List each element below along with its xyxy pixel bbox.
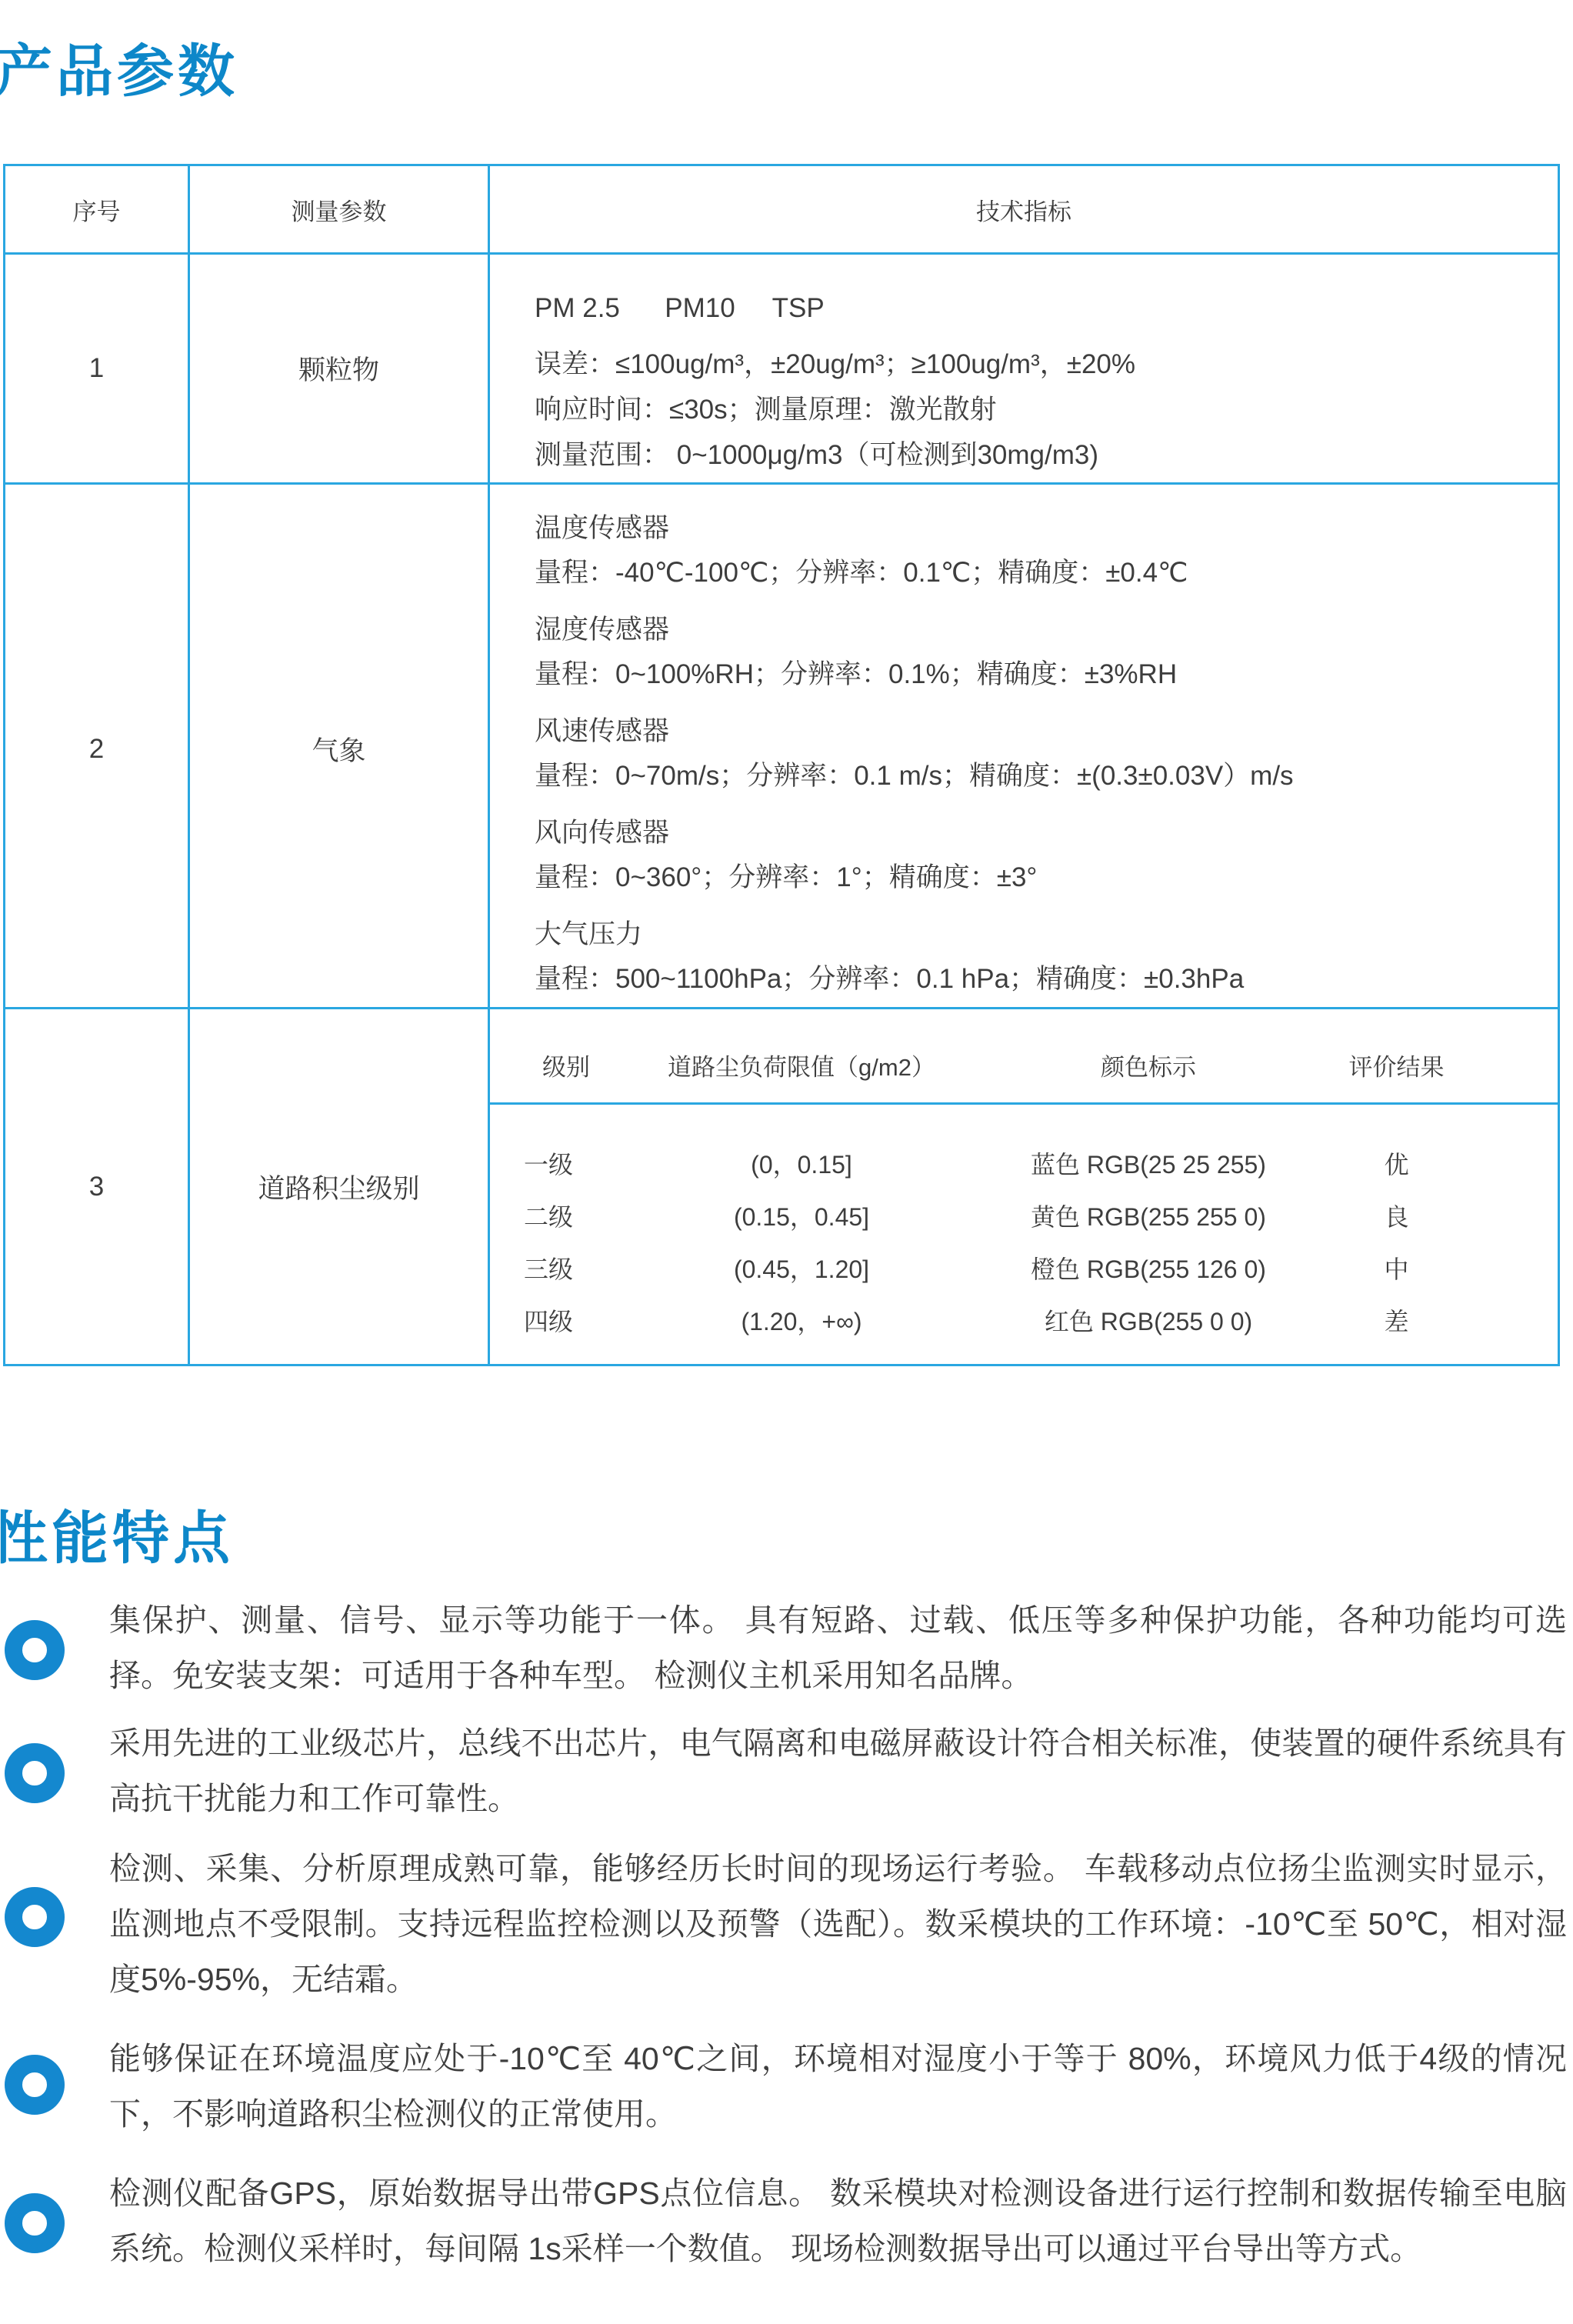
bullet-ring-icon (5, 1743, 65, 1803)
sub-header-result: 评价结果 (1302, 1048, 1491, 1082)
table-row-road-dust: 3 道路积尘级别 级别 道路尘负荷限值（g/m2） 颜色标示 评价结果 一级 (… (5, 1009, 1558, 1364)
subtable-row-level1: 一级 (0，0.15] 蓝色 RGB(25 25 255) 优 (490, 1137, 1558, 1189)
row1-param: 颗粒物 (190, 255, 490, 482)
feature-item-1: 集保护、测量、信号、显示等功能于一体。 具有短路、过载、低压等多种保护功能，各种… (109, 1592, 1567, 1703)
pm-response: 响应时间：≤30s；测量原理：激光散射 (535, 387, 1558, 432)
range-cell: (0.15，0.45] (608, 1198, 995, 1233)
result-cell: 中 (1302, 1250, 1491, 1285)
sensor-name: 湿度传感器 (535, 608, 1558, 652)
color-cell: 橙色 RGB(255 126 0) (995, 1250, 1302, 1285)
header-param: 测量参数 (190, 166, 490, 252)
row3-param: 道路积尘级别 (190, 1009, 490, 1364)
result-cell: 差 (1302, 1302, 1491, 1338)
bullet-ring-icon (5, 1620, 65, 1680)
header-tech-spec: 技术指标 (490, 166, 1558, 252)
result-cell: 优 (1302, 1145, 1491, 1181)
row1-no: 1 (5, 255, 190, 482)
sensor-pressure: 大气压力 量程：500~1100hPa；分辨率：0.1 hPa；精确度：±0.3… (535, 912, 1558, 1002)
sensor-temperature: 温度传感器 量程：-40℃-100℃；分辨率：0.1℃；精确度：±0.4℃ (535, 506, 1558, 595)
row2-spec: 温度传感器 量程：-40℃-100℃；分辨率：0.1℃；精确度：±0.4℃ 湿度… (490, 485, 1558, 1014)
subtable-header: 级别 道路尘负荷限值（g/m2） 颜色标示 评价结果 (490, 1027, 1558, 1105)
result-cell: 良 (1302, 1198, 1491, 1233)
row3-subtable: 级别 道路尘负荷限值（g/m2） 颜色标示 评价结果 一级 (0，0.15] 蓝… (490, 1009, 1558, 1364)
table-header-row: 序号 测量参数 技术指标 (5, 166, 1558, 255)
section-title-product-params: 产品参数 (0, 43, 238, 100)
level-cell: 三级 (524, 1250, 608, 1285)
sub-header-limit: 道路尘负荷限值（g/m2） (608, 1048, 995, 1082)
table-row-meteorology: 2 气象 温度传感器 量程：-40℃-100℃；分辨率：0.1℃；精确度：±0.… (5, 485, 1558, 1009)
feature-item-5: 检测仪配备GPS，原始数据导出带GPS点位信息。 数采模块对检测设备进行运行控制… (109, 2166, 1567, 2276)
range-cell: (0.45，1.20] (608, 1250, 995, 1285)
sensor-spec: 量程：0~100%RH；分辨率：0.1%；精确度：±3%RH (535, 652, 1558, 697)
row3-no: 3 (5, 1009, 190, 1364)
header-no: 序号 (5, 166, 190, 252)
sensor-name: 风向传感器 (535, 811, 1558, 855)
row1-spec: PM 2.5 PM10 TSP 误差：≤100ug/m³，±20ug/m³；≥1… (490, 255, 1558, 482)
level-cell: 四级 (524, 1302, 608, 1338)
subtable-row-level3: 三级 (0.45，1.20] 橙色 RGB(255 126 0) 中 (490, 1242, 1558, 1294)
sensor-name: 风速传感器 (535, 709, 1558, 754)
color-cell: 红色 RGB(255 0 0) (995, 1302, 1302, 1338)
sensor-name: 温度传感器 (535, 506, 1558, 551)
sensor-spec: 量程：500~1100hPa；分辨率：0.1 hPa；精确度：±0.3hPa (535, 957, 1558, 1002)
product-spec-table: 序号 测量参数 技术指标 1 颗粒物 PM 2.5 PM10 TSP 误差：≤1… (3, 164, 1560, 1366)
sub-header-level: 级别 (524, 1048, 608, 1082)
row2-param: 气象 (190, 485, 490, 1014)
sub-header-color: 颜色标示 (995, 1048, 1302, 1082)
row2-no: 2 (5, 485, 190, 1014)
subtable-row-level4: 四级 (1.20，+∞) 红色 RGB(255 0 0) 差 (490, 1294, 1558, 1346)
section-title-features: 性能特点 (0, 1510, 234, 1567)
level-cell: 一级 (524, 1145, 608, 1181)
sensor-name: 大气压力 (535, 912, 1558, 957)
sensor-wind-direction: 风向传感器 量程：0~360°；分辨率：1°；精确度：±3° (535, 811, 1558, 900)
feature-item-4: 能够保证在环境温度应处于-10℃至 40℃之间，环境相对湿度小于等于 80%，环… (109, 2031, 1567, 2142)
sensor-humidity: 湿度传感器 量程：0~100%RH；分辨率：0.1%；精确度：±3%RH (535, 608, 1558, 697)
pm-error: 误差：≤100ug/m³，±20ug/m³；≥100ug/m³，±20% (535, 342, 1558, 387)
bullet-ring-icon (5, 2193, 65, 2253)
sensor-spec: 量程：0~70m/s；分辨率：0.1 m/s；精确度：±(0.3±0.03V）m… (535, 754, 1558, 799)
feature-item-3: 检测、采集、分析原理成熟可靠，能够经历长时间的现场运行考验。 车载移动点位扬尘监… (109, 1841, 1567, 2007)
sensor-spec: 量程：-40℃-100℃；分辨率：0.1℃；精确度：±0.4℃ (535, 551, 1558, 595)
sensor-spec: 量程：0~360°；分辨率：1°；精确度：±3° (535, 855, 1558, 900)
range-cell: (1.20，+∞) (608, 1302, 995, 1338)
bullet-ring-icon (5, 1887, 65, 1947)
pm-types: PM 2.5 PM10 TSP (535, 285, 1558, 331)
feature-item-2: 采用先进的工业级芯片，总线不出芯片，电气隔离和电磁屏蔽设计符合相关标准，使装置的… (109, 1715, 1567, 1826)
color-cell: 蓝色 RGB(25 25 255) (995, 1145, 1302, 1181)
subtable-body: 一级 (0，0.15] 蓝色 RGB(25 25 255) 优 二级 (0.15… (490, 1105, 1558, 1346)
bullet-ring-icon (5, 2055, 65, 2115)
sensor-wind-speed: 风速传感器 量程：0~70m/s；分辨率：0.1 m/s；精确度：±(0.3±0… (535, 709, 1558, 799)
table-row-particulate: 1 颗粒物 PM 2.5 PM10 TSP 误差：≤100ug/m³，±20ug… (5, 255, 1558, 485)
pm-range: 测量范围： 0~1000μg/m3（可检测到30mg/m3) (535, 432, 1558, 478)
color-cell: 黄色 RGB(255 255 0) (995, 1198, 1302, 1233)
subtable-row-level2: 二级 (0.15，0.45] 黄色 RGB(255 255 0) 良 (490, 1189, 1558, 1242)
range-cell: (0，0.15] (608, 1145, 995, 1181)
level-cell: 二级 (524, 1198, 608, 1233)
